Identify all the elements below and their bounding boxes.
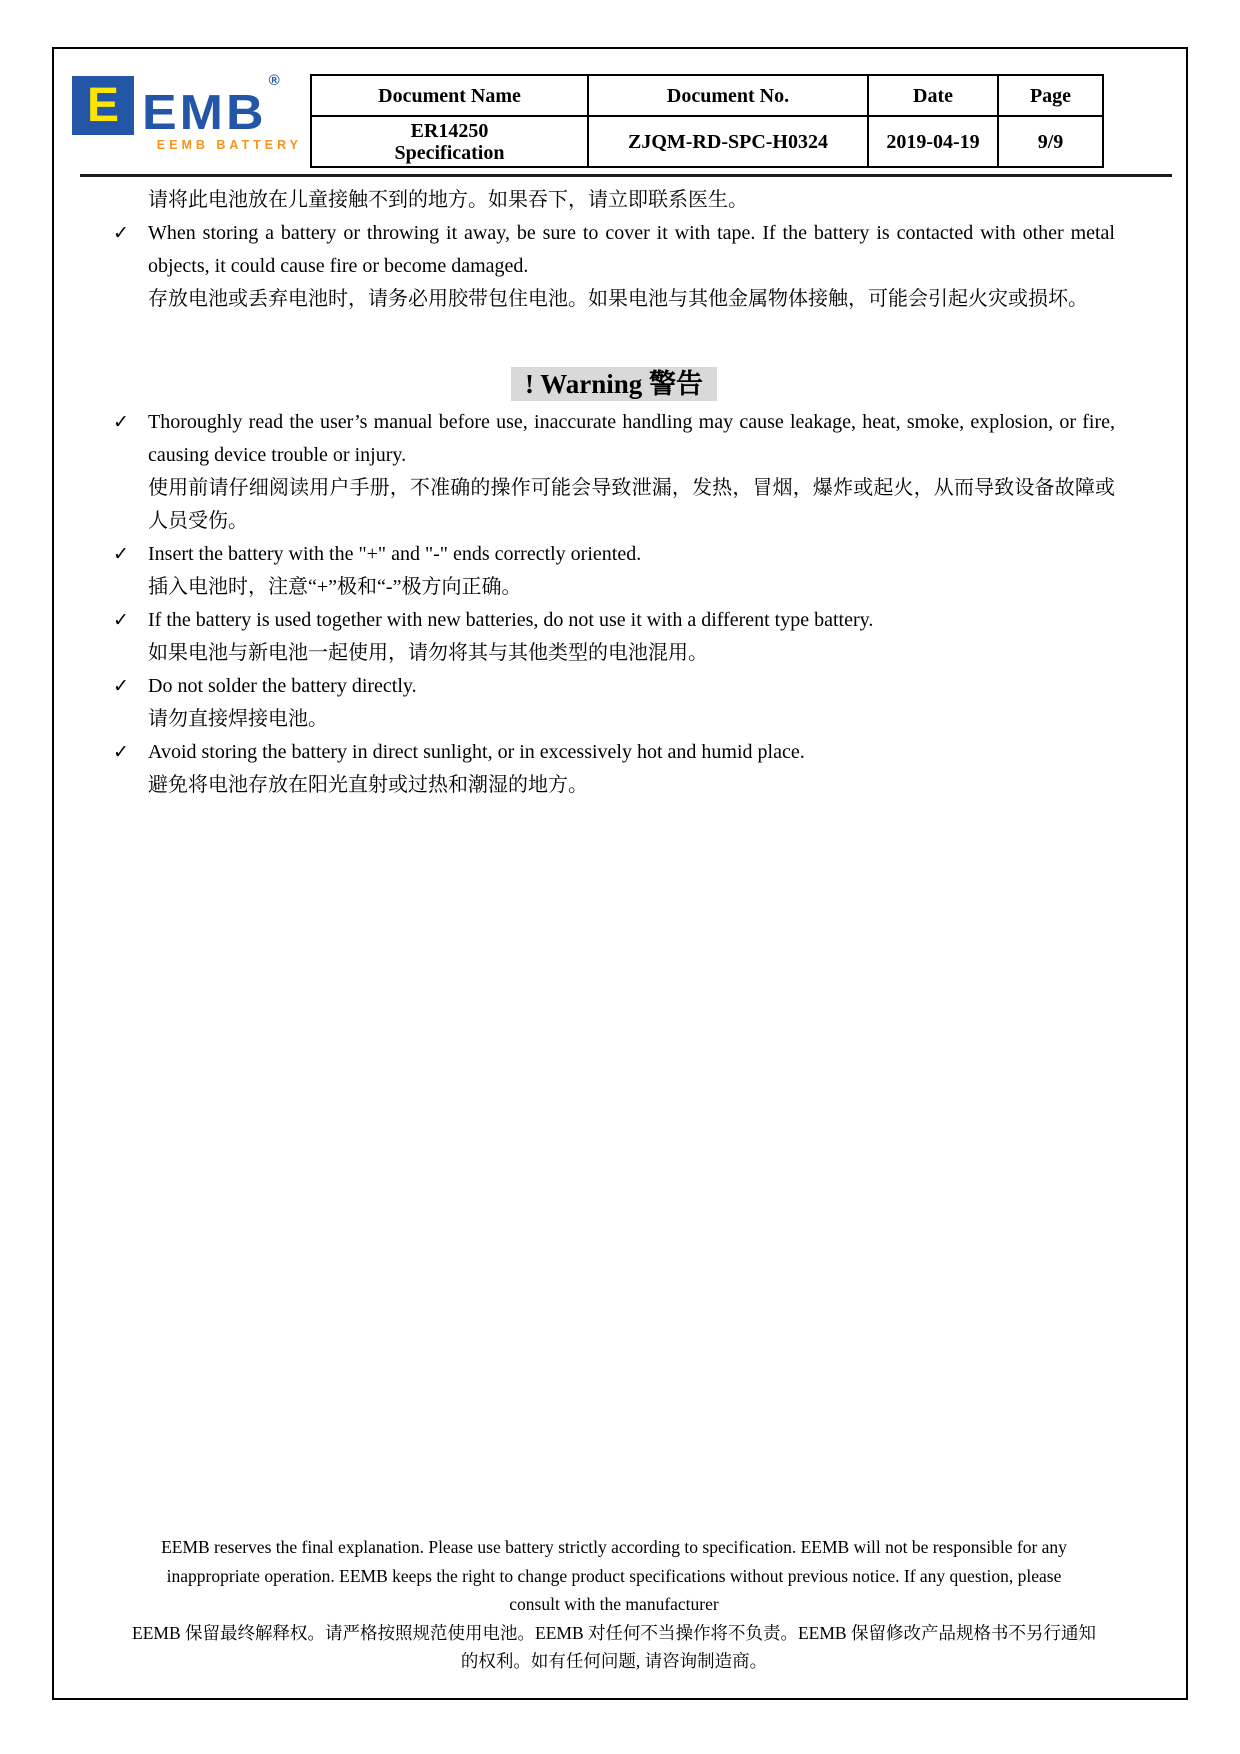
list-item: ✓ Avoid storing the battery in direct su…	[113, 736, 1115, 802]
check-bullet-icon: ✓	[113, 538, 148, 604]
value-date: 2019-04-19	[867, 115, 997, 166]
document-header-table: Document Name Document No. Date Page ER1…	[310, 74, 1104, 168]
check-bullet-icon: ✓	[113, 736, 148, 802]
registered-trademark-icon: ®	[269, 72, 280, 89]
list-item: ✓ If the battery is used together with n…	[113, 604, 1115, 670]
warning-heading-highlight: ! Warning 警告	[511, 367, 717, 401]
footer-line-cn: EEMB 保留最终解释权。请严格按照规范使用电池。EEMB 对任何不当操作将不负…	[113, 1619, 1115, 1648]
list-item-content: Insert the battery with the "+" and "-" …	[148, 538, 1115, 604]
header-page: Page	[997, 76, 1102, 115]
header-divider-rule	[80, 174, 1172, 177]
logo-letters-emb: EMB	[142, 93, 267, 133]
list-item-content: When storing a battery or throwing it aw…	[148, 217, 1115, 316]
value-document-no: ZJQM-RD-SPC-H0324	[587, 115, 867, 166]
logo-letter-e: E	[87, 82, 119, 130]
list-item: ✓ Thoroughly read the user’s manual befo…	[113, 406, 1115, 538]
footer-line-en: consult with the manufacturer	[113, 1590, 1115, 1619]
footer-disclaimer: EEMB reserves the final explanation. Ple…	[113, 1533, 1115, 1676]
list-item-text-en: Insert the battery with the "+" and "-" …	[148, 538, 1115, 571]
value-document-name: ER14250 Specification	[312, 115, 587, 166]
list-item-text-cn: 存放电池或丢弃电池时，请务必用胶带包住电池。如果电池与其他金属物体接触，可能会引…	[148, 283, 1115, 316]
footer-line-en: EEMB reserves the final explanation. Ple…	[113, 1533, 1115, 1562]
list-item-text-cn: 避免将电池存放在阳光直射或过热和潮湿的地方。	[148, 769, 1115, 802]
logo-row: E EMB ®	[72, 76, 312, 135]
check-bullet-icon: ✓	[113, 670, 148, 736]
footer-line-en: inappropriate operation. EEMB keeps the …	[113, 1562, 1115, 1591]
value-page: 9/9	[997, 115, 1102, 166]
logo-e-box: E	[72, 76, 134, 135]
list-item: ✓ Insert the battery with the "+" and "-…	[113, 538, 1115, 604]
list-item-text-en: Thoroughly read the user’s manual before…	[148, 406, 1115, 472]
list-item-text-en: Do not solder the battery directly.	[148, 670, 1115, 703]
list-item-text-en: If the battery is used together with new…	[148, 604, 1115, 637]
body-content: 请将此电池放在儿童接触不到的地方。如果吞下，请立即联系医生。 ✓ When st…	[113, 184, 1115, 802]
list-item-text-en: When storing a battery or throwing it aw…	[148, 217, 1115, 283]
list-item-content: Do not solder the battery directly. 请勿直接…	[148, 670, 1115, 736]
list-item-content: Thoroughly read the user’s manual before…	[148, 406, 1115, 538]
check-bullet-icon: ✓	[113, 604, 148, 670]
header-document-no: Document No.	[587, 76, 867, 115]
check-bullet-icon: ✓	[113, 217, 148, 316]
list-item-text-cn: 如果电池与新电池一起使用，请勿将其与其他类型的电池混用。	[148, 637, 1115, 670]
warning-list: ✓ Thoroughly read the user’s manual befo…	[113, 406, 1115, 802]
list-item-text-en: Avoid storing the battery in direct sunl…	[148, 736, 1115, 769]
list-item: ✓ When storing a battery or throwing it …	[113, 217, 1115, 316]
footer-line-cn: 的权利。如有任何问题, 请咨询制造商。	[113, 1647, 1115, 1676]
document-name-line2: Specification	[395, 142, 505, 164]
check-bullet-icon: ✓	[113, 406, 148, 538]
header-date: Date	[867, 76, 997, 115]
list-item-text-cn: 使用前请仔细阅读用户手册，不准确的操作可能会导致泄漏，发热，冒烟，爆炸或起火，从…	[148, 472, 1115, 538]
list-item-content: Avoid storing the battery in direct sunl…	[148, 736, 1115, 802]
document-page: E EMB ® EEMB BATTERY Document Name Docum…	[0, 0, 1240, 1754]
list-item-text-cn: 请勿直接焊接电池。	[148, 703, 1115, 736]
eemb-logo: E EMB ® EEMB BATTERY	[72, 76, 312, 152]
list-item-text-cn: 插入电池时，注意“+”极和“-”极方向正确。	[148, 571, 1115, 604]
document-name-line1: ER14250	[411, 120, 489, 142]
header-document-name: Document Name	[312, 76, 587, 115]
warning-heading: ! Warning 警告	[113, 362, 1115, 406]
list-item-content: If the battery is used together with new…	[148, 604, 1115, 670]
list-item: ✓ Do not solder the battery directly. 请勿…	[113, 670, 1115, 736]
intro-line-cn: 请将此电池放在儿童接触不到的地方。如果吞下，请立即联系医生。	[113, 184, 1115, 217]
